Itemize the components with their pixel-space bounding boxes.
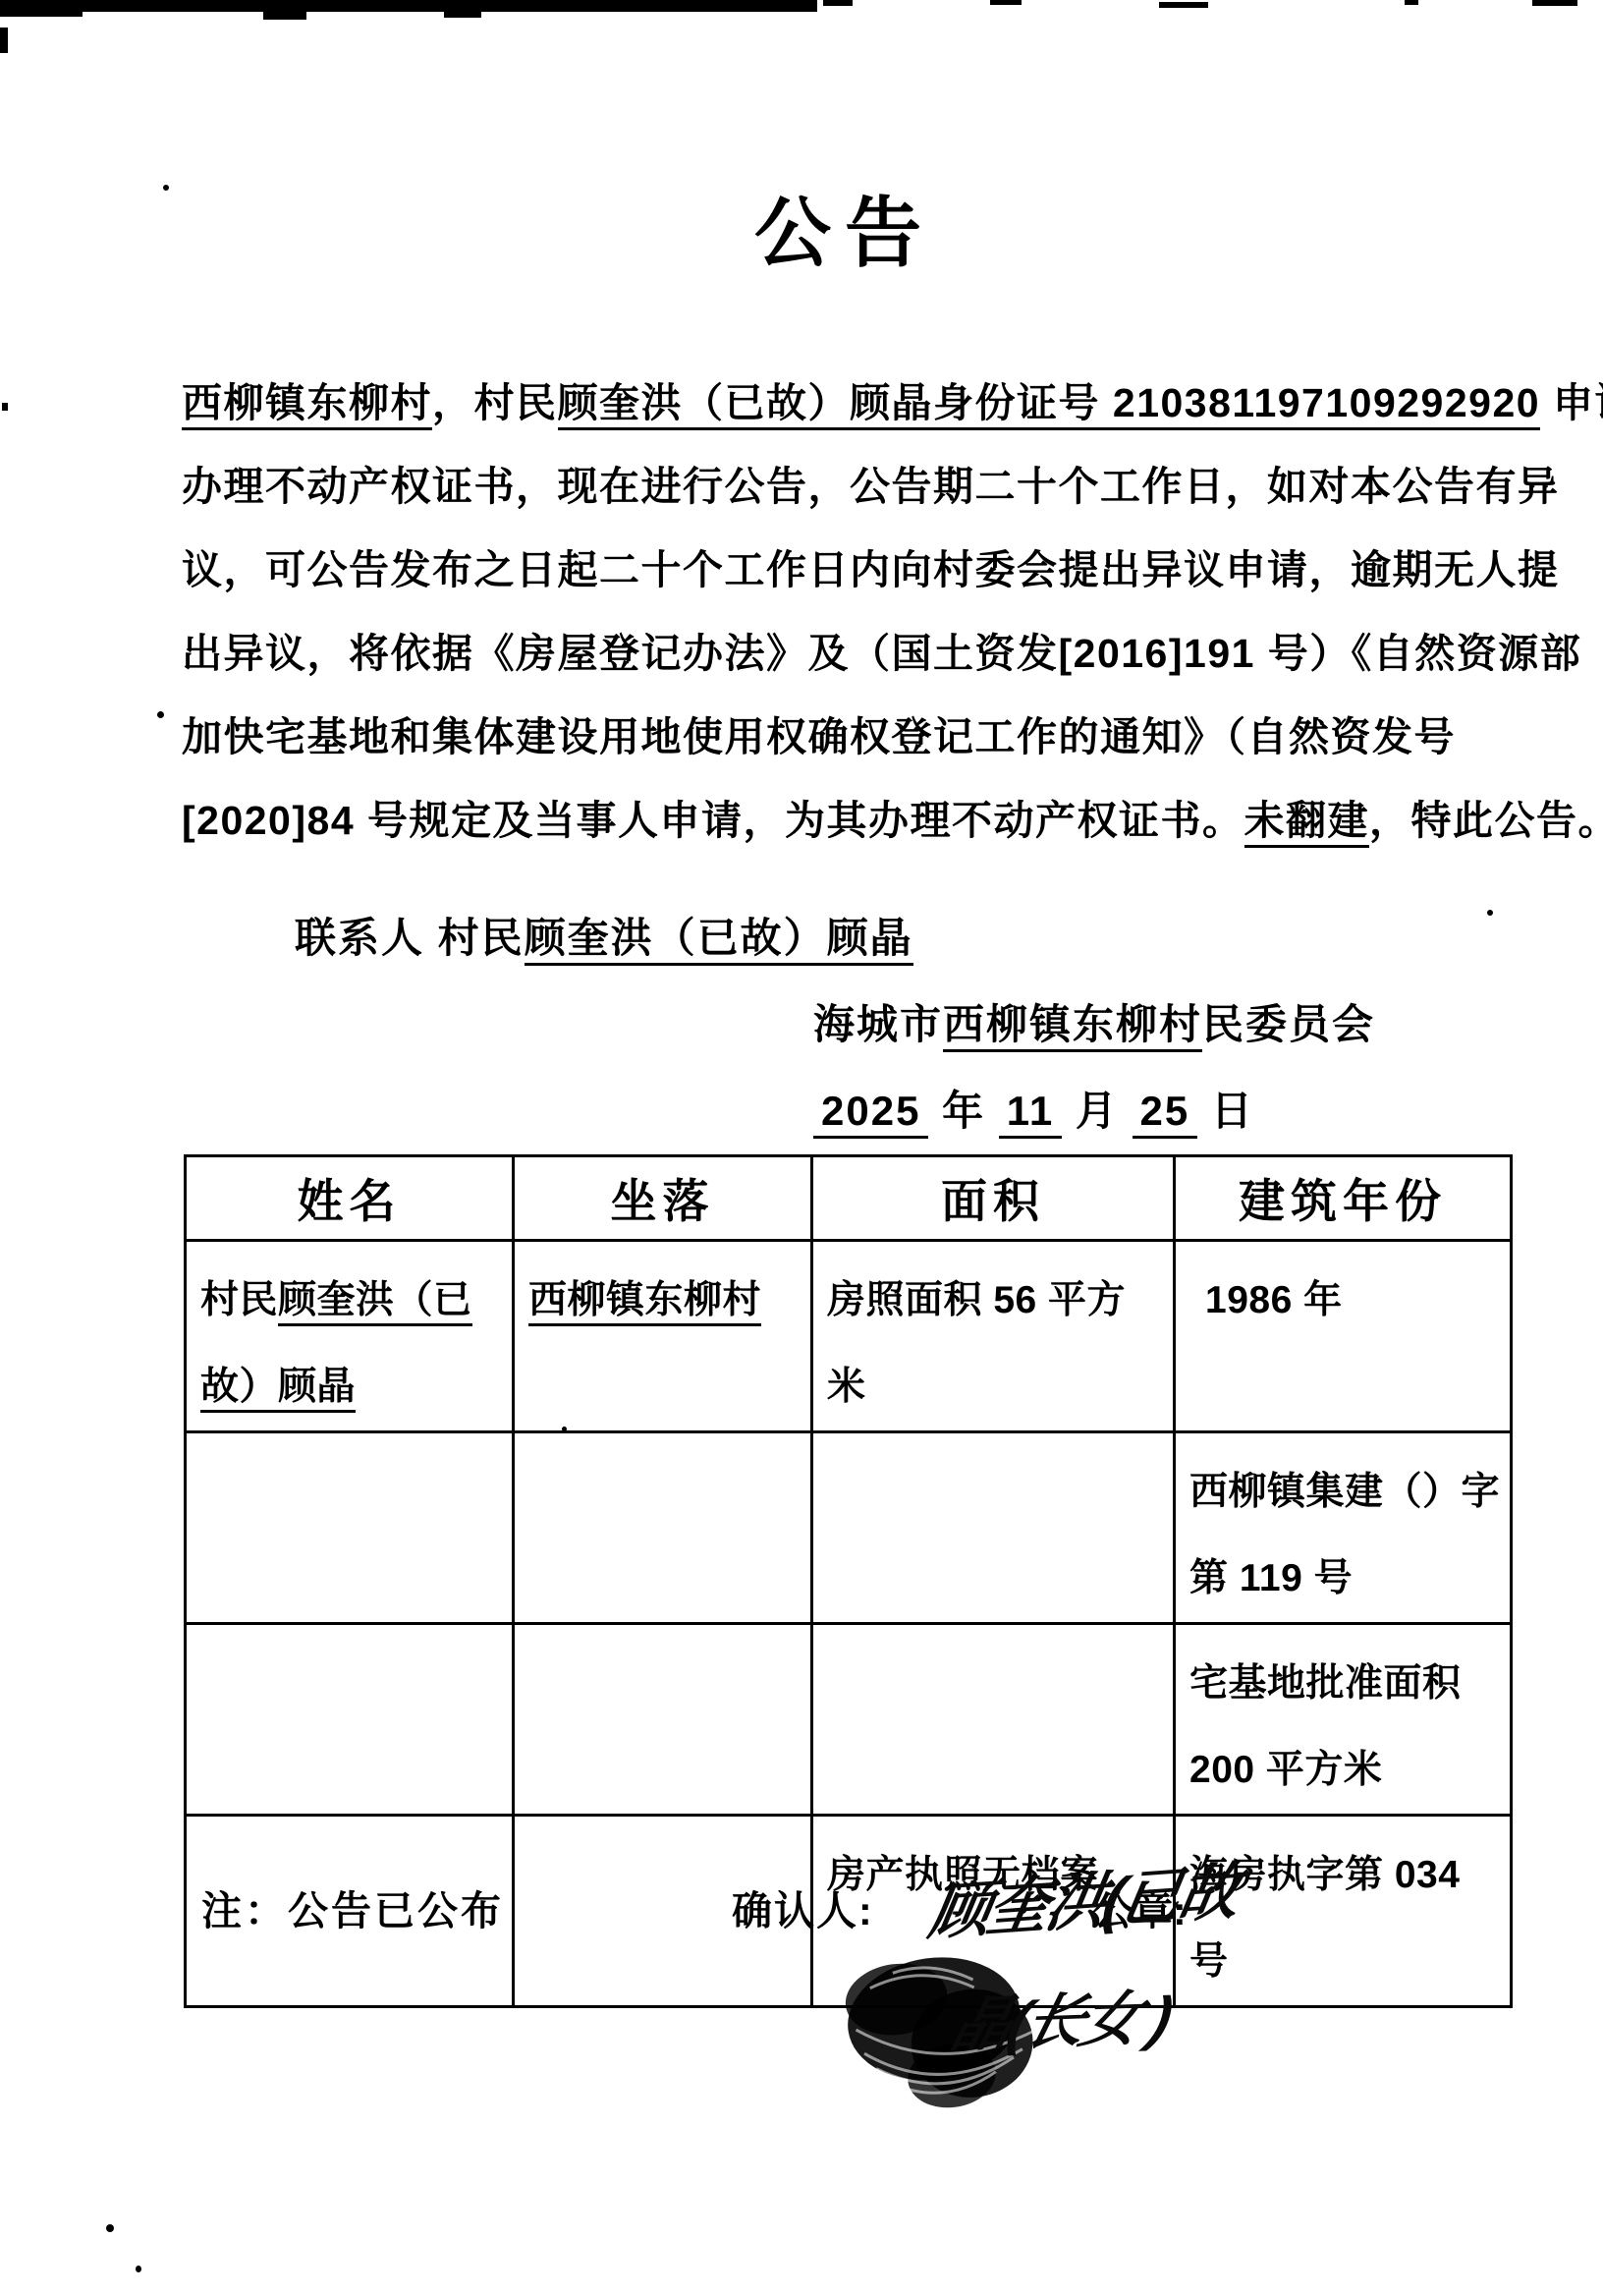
scan-edge-bump	[444, 0, 481, 18]
scan-edge-dash	[990, 0, 1022, 5]
scan-edge-dash	[1405, 0, 1418, 5]
contact-line: 联系人 村民顾奎洪（已故）顾晶	[295, 906, 913, 965]
contact-name: 顾奎洪（已故）顾晶	[525, 915, 913, 966]
scan-edge-bump	[0, 0, 83, 17]
cell-location: 西柳镇东柳村	[514, 1241, 812, 1432]
scan-edge-dash	[1532, 0, 1577, 6]
handwritten-note: 晶(长女 )	[944, 1971, 1180, 2063]
scan-speck	[106, 2224, 114, 2232]
scan-edge-dash	[1159, 2, 1208, 8]
header-area: 面积	[812, 1156, 1175, 1241]
applicant-village: 西柳镇东柳村	[182, 380, 432, 430]
scan-speck	[136, 2266, 141, 2272]
applicant-name-id: 顾奎洪（已故）顾晶身份证号 210381197109292920	[558, 380, 1541, 430]
date-year: 2025	[813, 1088, 928, 1139]
scan-speck	[157, 711, 164, 718]
scan-edge-bump	[263, 0, 306, 20]
confirm-label: 确认人:	[732, 1878, 874, 1936]
scan-edge-band	[0, 0, 817, 12]
body-line-5: 加快宅基地和集体建设用地使用权确权登记工作的通知》（自然资发号	[182, 696, 1503, 779]
body-line-3: 议，可公告发布之日起二十个工作日内向村委会提出异议申请，逾期无人提	[182, 529, 1503, 612]
scanned-notice-page: 公告 西柳镇东柳村，村民顾奎洪（已故）顾晶身份证号 21038119710929…	[0, 0, 1603, 2296]
not-rebuilt-note: 未翻建	[1244, 798, 1370, 848]
date-month: 11	[999, 1088, 1062, 1139]
date-line: 2025 年 11 月 25 日	[813, 1079, 1254, 1138]
cell-permit-number: 西柳镇集建（）字 第 119 号	[1175, 1432, 1512, 1624]
scan-speck	[1487, 910, 1493, 916]
header-name: 姓名	[186, 1156, 514, 1241]
scan-speck	[2, 403, 8, 411]
publish-note: 注：公告已公布	[201, 1878, 504, 1936]
scan-edge-mark	[0, 28, 8, 53]
table-row: 西柳镇集建（）字 第 119 号	[186, 1432, 1512, 1624]
page-title: 公告	[754, 195, 935, 271]
header-location: 坐落	[514, 1156, 812, 1241]
scan-speck	[163, 185, 169, 191]
body-line-4: 出异议，将依据《房屋登记办法》及（国土资发[2016]191 号）《自然资源部	[182, 612, 1503, 696]
body-line-6: [2020]84 号规定及当事人申请，为其办理不动产权证书。未翻建，特此公告。	[182, 779, 1503, 863]
table-header-row: 姓名 坐落 面积 建筑年份	[186, 1156, 1512, 1241]
committee-line: 海城市西柳镇东柳村民委员会	[813, 992, 1375, 1051]
body-line-1: 西柳镇东柳村，村民顾奎洪（已故）顾晶身份证号 21038119710929292…	[182, 362, 1503, 445]
cell-owner-name: 村民顾奎洪（已 故）顾晶	[186, 1241, 514, 1432]
notice-body: 西柳镇东柳村，村民顾奎洪（已故）顾晶身份证号 21038119710929292…	[182, 362, 1503, 863]
cell-build-year: 1986 年	[1175, 1241, 1512, 1432]
body-line-2: 办理不动产权证书，现在进行公告，公告期二十个工作日，如对本公告有异	[182, 445, 1503, 529]
date-day: 25	[1133, 1088, 1198, 1139]
table-row: 村民顾奎洪（已 故）顾晶 西柳镇东柳村 房照面积 56 平方米 1986 年	[186, 1241, 1512, 1432]
header-build-year: 建筑年份	[1175, 1156, 1512, 1241]
table-row: 宅基地批准面积 200 平方米	[186, 1624, 1512, 1816]
scan-edge-dash	[823, 0, 853, 6]
cell-area: 房照面积 56 平方米	[812, 1241, 1175, 1432]
cell-approved-area: 宅基地批准面积 200 平方米	[1175, 1624, 1512, 1816]
